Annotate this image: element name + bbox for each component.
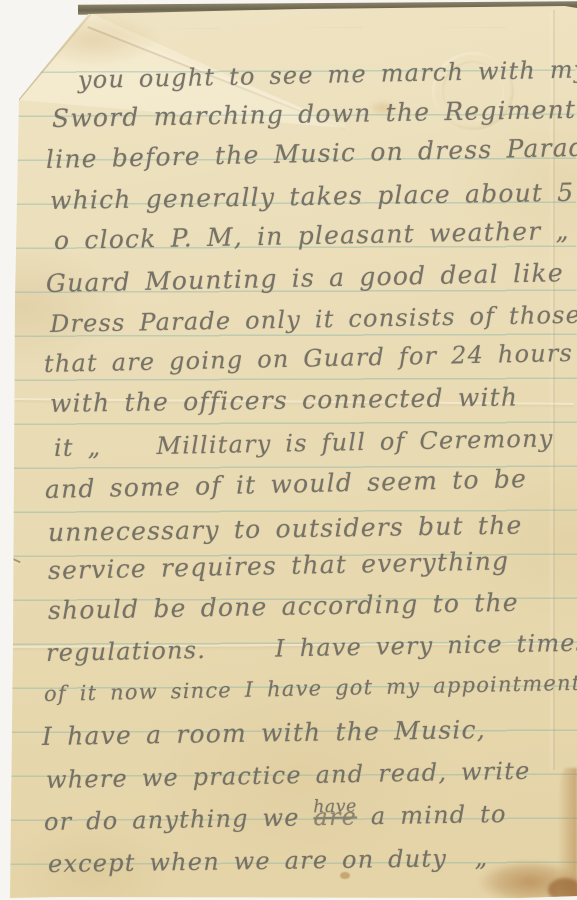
handwriting-line: or do anything we haveare a mind to <box>44 793 507 843</box>
strikethrough-word: are <box>313 803 357 832</box>
handwriting-line: except when we are on duty „ <box>48 837 489 885</box>
handwriting-line: with the officers connected with <box>50 376 519 425</box>
handwriting-line: I have a room with the Music, <box>42 709 487 758</box>
handwriting-layer: you ought to see me march with mySword m… <box>0 0 577 900</box>
letter-scan: you ought to see me march with mySword m… <box>0 0 577 900</box>
ink-dot <box>23 26 27 30</box>
letter-paper: you ought to see me march with mySword m… <box>0 0 577 900</box>
correction: haveare <box>313 803 357 832</box>
